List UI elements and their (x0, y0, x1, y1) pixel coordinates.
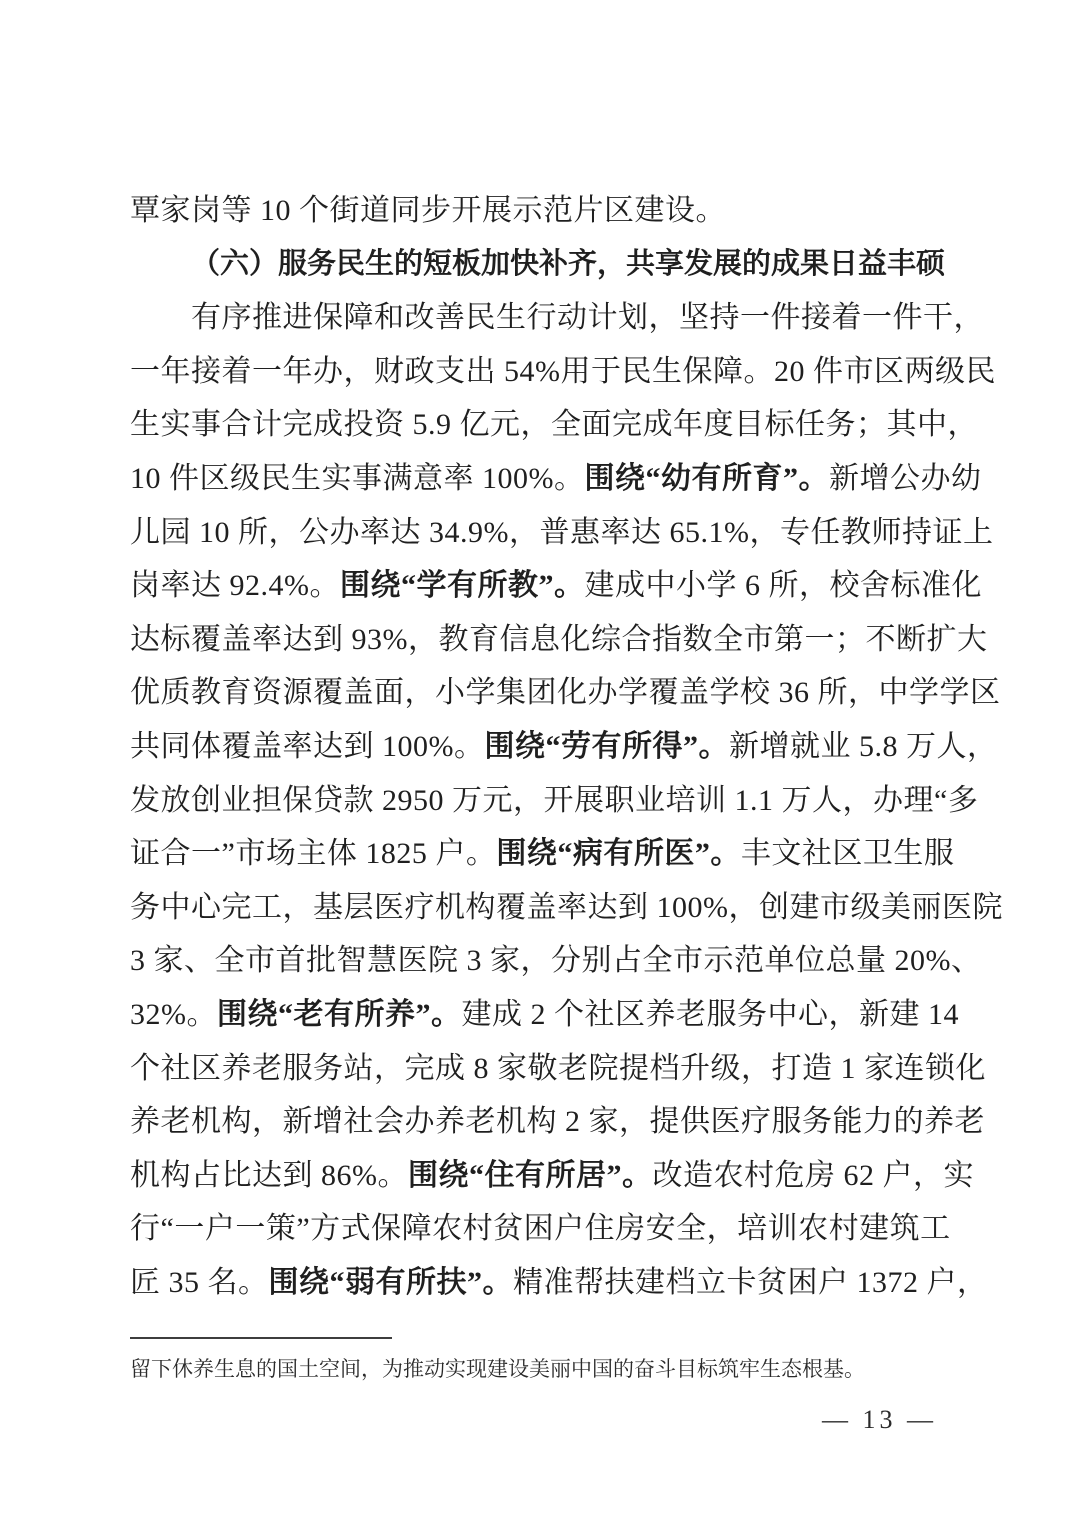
text-segment: 证合一”市场主体 1825 户。 (130, 837, 496, 870)
bold-phrase: 围绕“病有所医”。 (496, 837, 741, 870)
text-segment: 建成 2 个社区养老服务中心，新建 14 (462, 998, 960, 1031)
bold-phrase: 围绕“幼有所育”。 (585, 462, 830, 495)
section-heading-line: （六）服务民生的短板加快补齐，共享发展的成果日益丰硕 (130, 238, 942, 292)
text-line: 行“一户一策”方式保障农村贫困户住房安全，培训农村建筑工 (130, 1202, 942, 1256)
bold-phrase: 围绕“住有所居”。 (408, 1159, 653, 1192)
text-line: 儿园 10 所，公办率达 34.9%，普惠率达 65.1%，专任教师持证上 (130, 506, 942, 560)
text-segment: 行“一户一策”方式保障农村贫困户住房安全，培训农村建筑工 (130, 1212, 951, 1245)
text-segment: 10 件区级民生实事满意率 100%。 (130, 462, 585, 495)
text-line: 岗率达 92.4%。围绕“学有所教”。建成中小学 6 所，校舍标准化 (130, 559, 942, 613)
footnote-text: 留下休养生息的国土空间，为推动实现建设美丽中国的奋斗目标筑牢生态根基。 (130, 1352, 942, 1386)
text-line: 共同体覆盖率达到 100%。围绕“劳有所得”。新增就业 5.8 万人， (130, 720, 942, 774)
text-segment: 有序推进保障和改善民生行动计划，坚持一件接着一件干， (191, 301, 984, 334)
text-line: 3 家、全市首批智慧医院 3 家，分别占全市示范单位总量 20%、 (130, 934, 942, 988)
text-segment: 优质教育资源覆盖面，小学集团化办学覆盖学校 36 所，中学学区 (130, 676, 1001, 709)
text-line: 务中心完工，基层医疗机构覆盖率达到 100%，创建市级美丽医院 (130, 881, 942, 935)
bold-phrase: 围绕“弱有所扶”。 (269, 1266, 514, 1299)
page-number: — 13 — (822, 1405, 937, 1435)
text-segment: 儿园 10 所，公办率达 34.9%，普惠率达 65.1%，专任教师持证上 (130, 516, 993, 549)
text-segment: 新增就业 5.8 万人， (729, 730, 998, 763)
document-page: 覃家岗等 10 个街道同步开展示范片区建设。（六）服务民生的短板加快补齐，共享发… (0, 0, 1074, 1520)
text-segment: 发放创业担保贷款 2950 万元，开展职业培训 1.1 万人，办理“多 (130, 784, 978, 817)
text-segment: 共同体覆盖率达到 100%。 (130, 730, 485, 763)
text-segment: 个社区养老服务站，完成 8 家敬老院提档升级，打造 1 家连锁化 (130, 1052, 986, 1085)
text-line: 个社区养老服务站，完成 8 家敬老院提档升级，打造 1 家连锁化 (130, 1042, 942, 1096)
text-line: 有序推进保障和改善民生行动计划，坚持一件接着一件干， (130, 291, 942, 345)
bold-phrase: 围绕“学有所教”。 (340, 569, 585, 602)
text-line: 证合一”市场主体 1825 户。围绕“病有所医”。丰文社区卫生服 (130, 827, 942, 881)
text-segment: 覃家岗等 10 个街道同步开展示范片区建设。 (130, 194, 726, 227)
bold-phrase: 围绕“劳有所得”。 (485, 730, 730, 763)
text-segment: 养老机构，新增社会办养老机构 2 家，提供医疗服务能力的养老 (130, 1105, 985, 1138)
text-segment: 建成中小学 6 所，校舍标准化 (585, 569, 983, 602)
text-segment: 丰文社区卫生服 (741, 837, 955, 870)
text-line: 达标覆盖率达到 93%，教育信息化综合指数全市第一；不断扩大 (130, 613, 942, 667)
text-line: 匠 35 名。围绕“弱有所扶”。精准帮扶建档立卡贫困户 1372 户， (130, 1256, 942, 1310)
text-line: 一年接着一年办，财政支出 54%用于民生保障。20 件市区两级民 (130, 345, 942, 399)
text-line: 发放创业担保贷款 2950 万元，开展职业培训 1.1 万人，办理“多 (130, 774, 942, 828)
document-body: 覃家岗等 10 个街道同步开展示范片区建设。（六）服务民生的短板加快补齐，共享发… (130, 184, 942, 1309)
text-segment: 精准帮扶建档立卡贫困户 1372 户， (513, 1266, 988, 1299)
text-line: 覃家岗等 10 个街道同步开展示范片区建设。 (130, 184, 942, 238)
text-segment: 新增公办幼 (829, 462, 982, 495)
text-line: 生实事合计完成投资 5.9 亿元，全面完成年度目标任务；其中， (130, 398, 942, 452)
text-segment: 改造农村危房 62 户，实 (653, 1159, 975, 1192)
text-line: 养老机构，新增社会办养老机构 2 家，提供医疗服务能力的养老 (130, 1095, 942, 1149)
text-segment: 生实事合计完成投资 5.9 亿元，全面完成年度目标任务；其中， (130, 408, 978, 441)
text-segment: 32%。 (130, 998, 217, 1031)
text-line: 32%。围绕“老有所养”。建成 2 个社区养老服务中心，新建 14 (130, 988, 942, 1042)
text-segment: 一年接着一年办，财政支出 54%用于民生保障。20 件市区两级民 (130, 355, 996, 388)
text-segment: 岗率达 92.4%。 (130, 569, 340, 602)
text-segment: 匠 35 名。 (130, 1266, 269, 1299)
text-line: 优质教育资源覆盖面，小学集团化办学覆盖学校 36 所，中学学区 (130, 666, 942, 720)
text-segment: 务中心完工，基层医疗机构覆盖率达到 100%，创建市级美丽医院 (130, 891, 1003, 924)
text-segment: 达标覆盖率达到 93%，教育信息化综合指数全市第一；不断扩大 (130, 623, 988, 656)
bold-phrase: 围绕“老有所养”。 (217, 998, 462, 1031)
footnote-separator (130, 1337, 392, 1339)
text-segment: 机构占比达到 86%。 (130, 1159, 408, 1192)
text-line: 10 件区级民生实事满意率 100%。围绕“幼有所育”。新增公办幼 (130, 452, 942, 506)
text-line: 机构占比达到 86%。围绕“住有所居”。改造农村危房 62 户，实 (130, 1149, 942, 1203)
bold-phrase: （六）服务民生的短板加快补齐，共享发展的成果日益丰硕 (191, 248, 945, 280)
text-segment: 3 家、全市首批智慧医院 3 家，分别占全市示范单位总量 20%、 (130, 944, 982, 977)
